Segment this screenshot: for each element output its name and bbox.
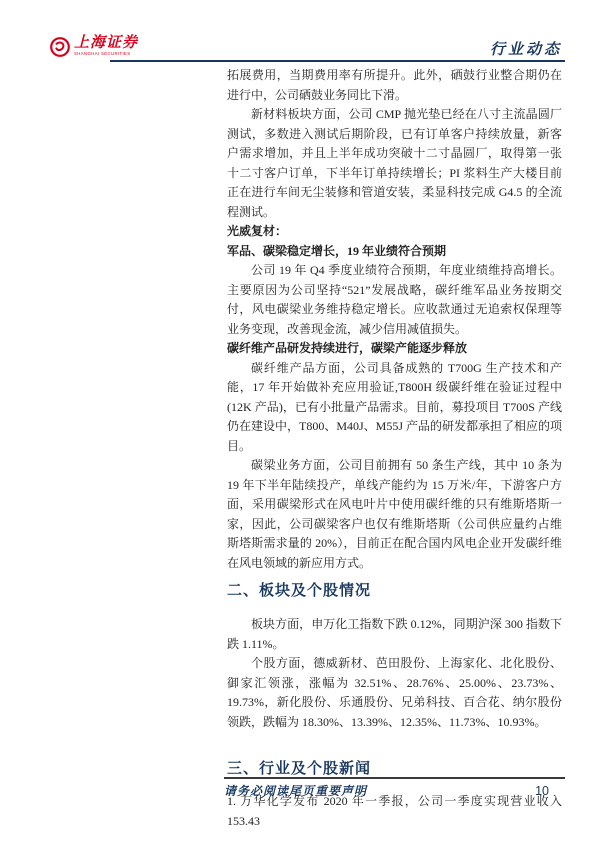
subheading-performance: 军品、碳梁稳定增长，19 年业绩符合预期 [227, 242, 562, 262]
paragraph-carryover: 拓展费用，当期费用率有所提升。此外，硒鼓行业整合期仍在进行中，公司硒鼓业务同比下… [227, 66, 562, 105]
company-logo: 上海证券 SHANGHAI SECURITIES [49, 36, 153, 58]
report-body: 拓展费用，当期费用率有所提升。此外，硒鼓行业整合期仍在进行中，公司硒鼓业务同比下… [227, 66, 562, 831]
logo-cn-text: 上海证券 [74, 36, 153, 51]
report-page: 上海证券 SHANGHAI SECURITIES 行业动态 拓展费用，当期费用率… [0, 0, 596, 842]
paragraph-stock-movers: 个股方面，德威新材、芭田股份、上海家化、北化股份、御家汇领涨，涨幅为 32.51… [227, 654, 562, 732]
subheading-company-name: 光威复材： [227, 222, 562, 242]
paragraph-carbon-fiber-products: 碳纤维产品方面，公司具备成熟的 T700G 生产技术和产能，17 年开始做补充应… [227, 359, 562, 457]
section-heading-sectors-stocks: 二、板块及个股情况 [227, 581, 562, 601]
logo-emblem-icon [49, 36, 71, 58]
header-divider [110, 60, 565, 62]
subheading-carbon-fiber: 碳纤维产品研发持续进行，碳梁产能逐步释放 [227, 339, 562, 359]
paragraph-q4-results: 公司 19 年 Q4 季度业绩符合预期，年度业绩维持高增长。主要原因为公司坚持“… [227, 261, 562, 339]
paragraph-new-materials: 新材料板块方面，公司 CMP 抛光垫已经在八寸主流晶圆厂测试，多数进入测试后期阶… [227, 105, 562, 222]
section-heading-industry-news: 三、行业及个股新闻 [227, 759, 562, 779]
page-number: 10 [535, 784, 549, 798]
report-type-label: 行业动态 [490, 38, 562, 59]
logo-en-text: SHANGHAI SECURITIES [74, 52, 131, 56]
paragraph-sector-index: 板块方面，申万化工指数下跌 0.12%，同期沪深 300 指数下跌 1.11%。 [227, 615, 562, 654]
paragraph-carbon-beam-business: 碳梁业务方面，公司目前拥有 50 条生产线，其中 10 条为 19 年下半年陆续… [227, 456, 562, 573]
footer-divider [224, 777, 565, 779]
page-footer: 请务必阅读尾页重要声明 10 [224, 782, 565, 799]
footer-disclaimer: 请务必阅读尾页重要声明 [224, 782, 367, 799]
